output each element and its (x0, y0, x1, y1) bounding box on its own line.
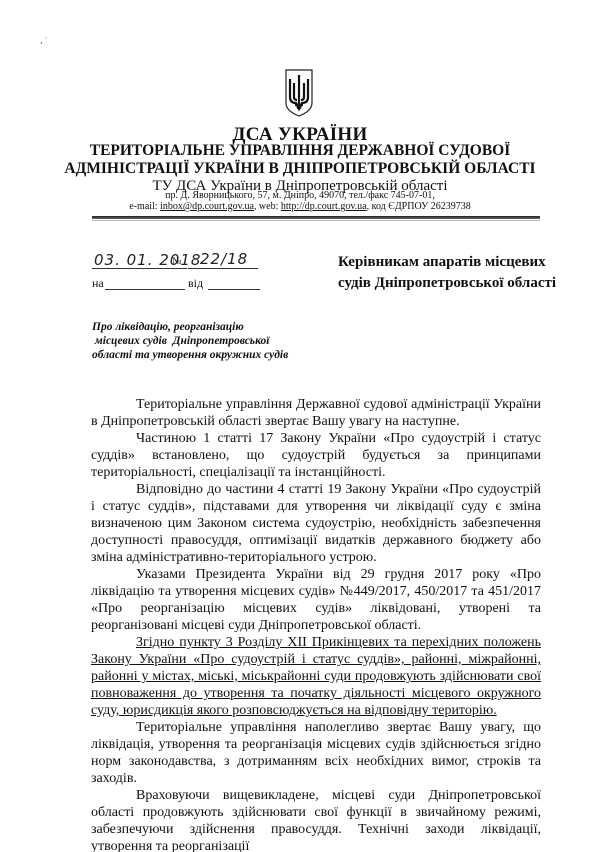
dept-name-line1: ТЕРИТОРІАЛЬНЕ УПРАВЛІННЯ ДЕРЖАВНОЇ СУДОВ… (60, 142, 540, 160)
date-underline (92, 268, 187, 269)
subject-line1: Про ліквідацію, реорганізацію (92, 320, 288, 334)
number-sign: № (172, 256, 182, 267)
letterhead-separator-thin (92, 220, 540, 221)
from-field-line (208, 289, 260, 290)
paragraph-7: Враховуючи вищевикладене, місцеві суди Д… (91, 787, 541, 852)
contacts-line: e-mail: inbox@dp.court.gov.ua, web: http… (60, 201, 540, 213)
trident-coat-of-arms-icon (285, 69, 313, 117)
paragraph-6: Територіальне управління наполегливо зве… (91, 719, 541, 787)
paragraph-1: Територіальне управління Державної судов… (91, 396, 541, 430)
on-label: на (92, 276, 104, 291)
paragraph-5-underlined: Згідно пункту 3 Розділу XII Прикінцевих … (91, 634, 541, 719)
edrpou-code: , код ЄДРПОУ 26239738 (367, 201, 471, 212)
scan-mark: ‚ ˙ (40, 36, 47, 45)
web-label: , web: (254, 201, 281, 212)
addressee-line1: Керівникам апаратів місцевих (338, 252, 556, 273)
paragraph-4: Указами Президента України від 29 грудня… (91, 566, 541, 634)
from-label: від (188, 276, 203, 291)
letter-body: Територіальне управління Державної судов… (91, 396, 541, 852)
subject-line2: місцевих судів Дніпропетровської (92, 334, 288, 348)
on-field-line (105, 289, 185, 290)
email-label: e-mail: (129, 201, 160, 212)
addressee: Керівникам апаратів місцевих судів Дніпр… (338, 252, 556, 294)
web-link[interactable]: http://dp.court.gov.ua (281, 201, 367, 212)
dept-name-line2: АДМІНІСТРАЦІЇ УКРАЇНИ В ДНІПРОПЕТРОВСЬКІ… (60, 160, 540, 178)
handwritten-date: 03. 01. 2018 (94, 251, 201, 269)
handwritten-number: 22/18 (200, 250, 248, 268)
letterhead-separator (92, 216, 540, 219)
addressee-line2: судів Дніпропетровської області (338, 273, 556, 294)
subject-line3: області та утворення окружних судів (92, 348, 288, 362)
paragraph-2: Частиною 1 статті 17 Закону України «Про… (91, 430, 541, 481)
subject: Про ліквідацію, реорганізацію місцевих с… (92, 320, 288, 362)
paragraph-3: Відповідно до частини 4 статті 19 Закону… (91, 481, 541, 566)
email-link[interactable]: inbox@dp.court.gov.ua (160, 201, 254, 212)
number-underline (188, 268, 258, 269)
